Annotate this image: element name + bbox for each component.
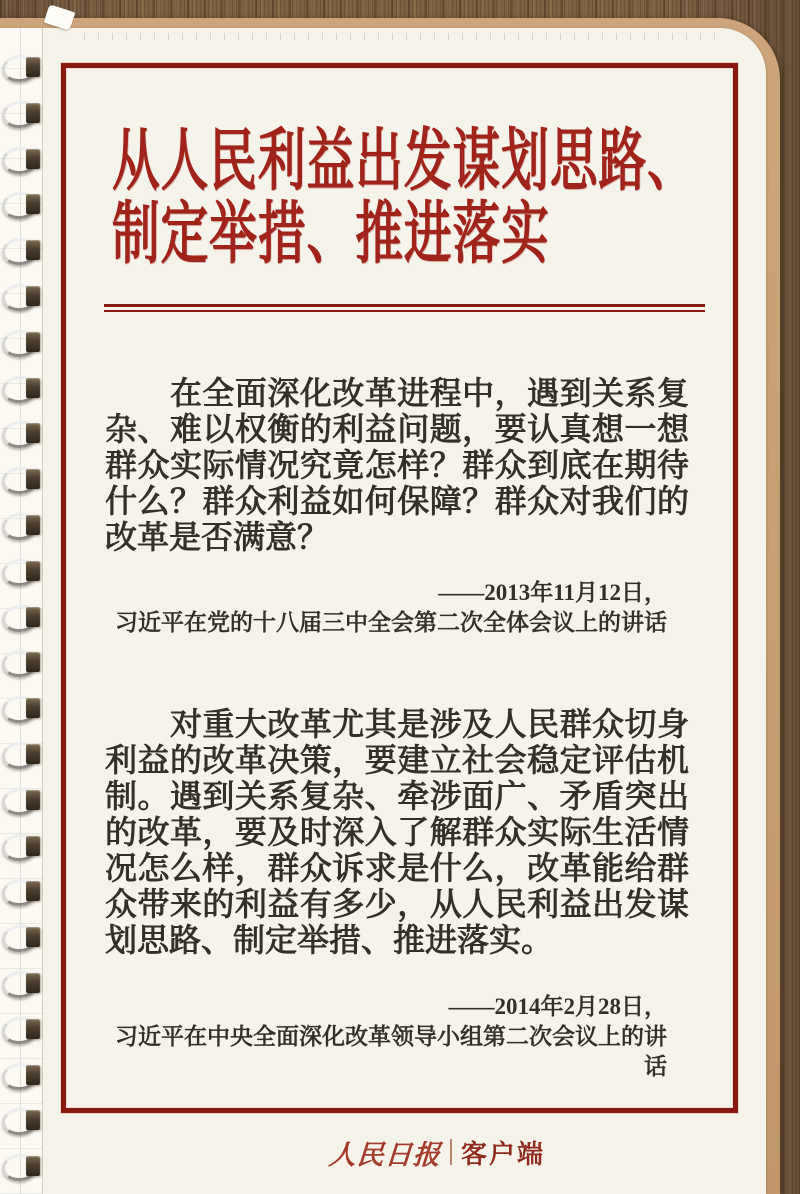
spiral-ring [2, 327, 40, 357]
title-divider [104, 304, 705, 312]
spiral-ring [2, 968, 40, 998]
client-label: 客户端 [461, 1134, 545, 1171]
page-title: 从人民利益出发谋划思路、 制定举措、推进落实 [112, 125, 728, 271]
spiral-ring [2, 510, 40, 540]
spiral-ring [2, 876, 40, 906]
spiral-ring [2, 281, 40, 311]
logo-divider [450, 1139, 452, 1165]
perforation-line [84, 33, 724, 40]
spiral-ring [2, 52, 40, 82]
quote-attribution-2: ——2014年2月28日， 习近平在中央全面深化改革领导小组第二次会议上的讲话 [105, 992, 689, 1082]
quote-text-1: 在全面深化改革进程中，遇到关系复杂、难以权衡的利益问题，要认真想一想群众实际情况… [105, 375, 689, 555]
spiral-ring [2, 647, 40, 677]
spiral-ring [2, 785, 40, 815]
spiral-ring [2, 235, 40, 265]
spiral-ring [2, 144, 40, 174]
spiral-ring [2, 693, 40, 723]
quote-attribution-1: ——2013年11月12日， 习近平在党的十八届三中全会第二次全体会议上的讲话 [105, 578, 689, 638]
footer-brand: 人民日报 客户端 [37, 1134, 800, 1170]
spiral-ring [2, 922, 40, 952]
attribution-source: 习近平在中央全面深化改革领导小组第二次会议上的讲话 [105, 1022, 667, 1082]
spiral-ring [2, 1105, 40, 1135]
spiral-ring [2, 1014, 40, 1044]
attribution-date: ——2013年11月12日， [105, 578, 667, 608]
spiral-ring [2, 98, 40, 128]
notebook-poster: 从人民利益出发谋划思路、 制定举措、推进落实 在全面深化改革进程中，遇到关系复杂… [0, 0, 800, 1194]
spiral-ring [2, 831, 40, 861]
spiral-ring [2, 1151, 40, 1181]
spiral-binding [0, 0, 46, 1194]
quote-text-2: 对重大改革尤其是涉及人民群众切身利益的改革决策，要建立社会稳定评估机制。遇到关系… [105, 706, 689, 958]
spiral-ring [2, 1060, 40, 1090]
spiral-ring [2, 602, 40, 632]
peoples-daily-logo: 人民日报 [328, 1133, 443, 1172]
attribution-source: 习近平在党的十八届三中全会第二次全体会议上的讲话 [105, 608, 667, 638]
spiral-ring [2, 373, 40, 403]
spiral-ring [2, 464, 40, 494]
spiral-ring [2, 556, 40, 586]
spiral-ring [2, 739, 40, 769]
spiral-ring [2, 189, 40, 219]
spiral-ring [2, 418, 40, 448]
attribution-date: ——2014年2月28日， [105, 992, 667, 1022]
